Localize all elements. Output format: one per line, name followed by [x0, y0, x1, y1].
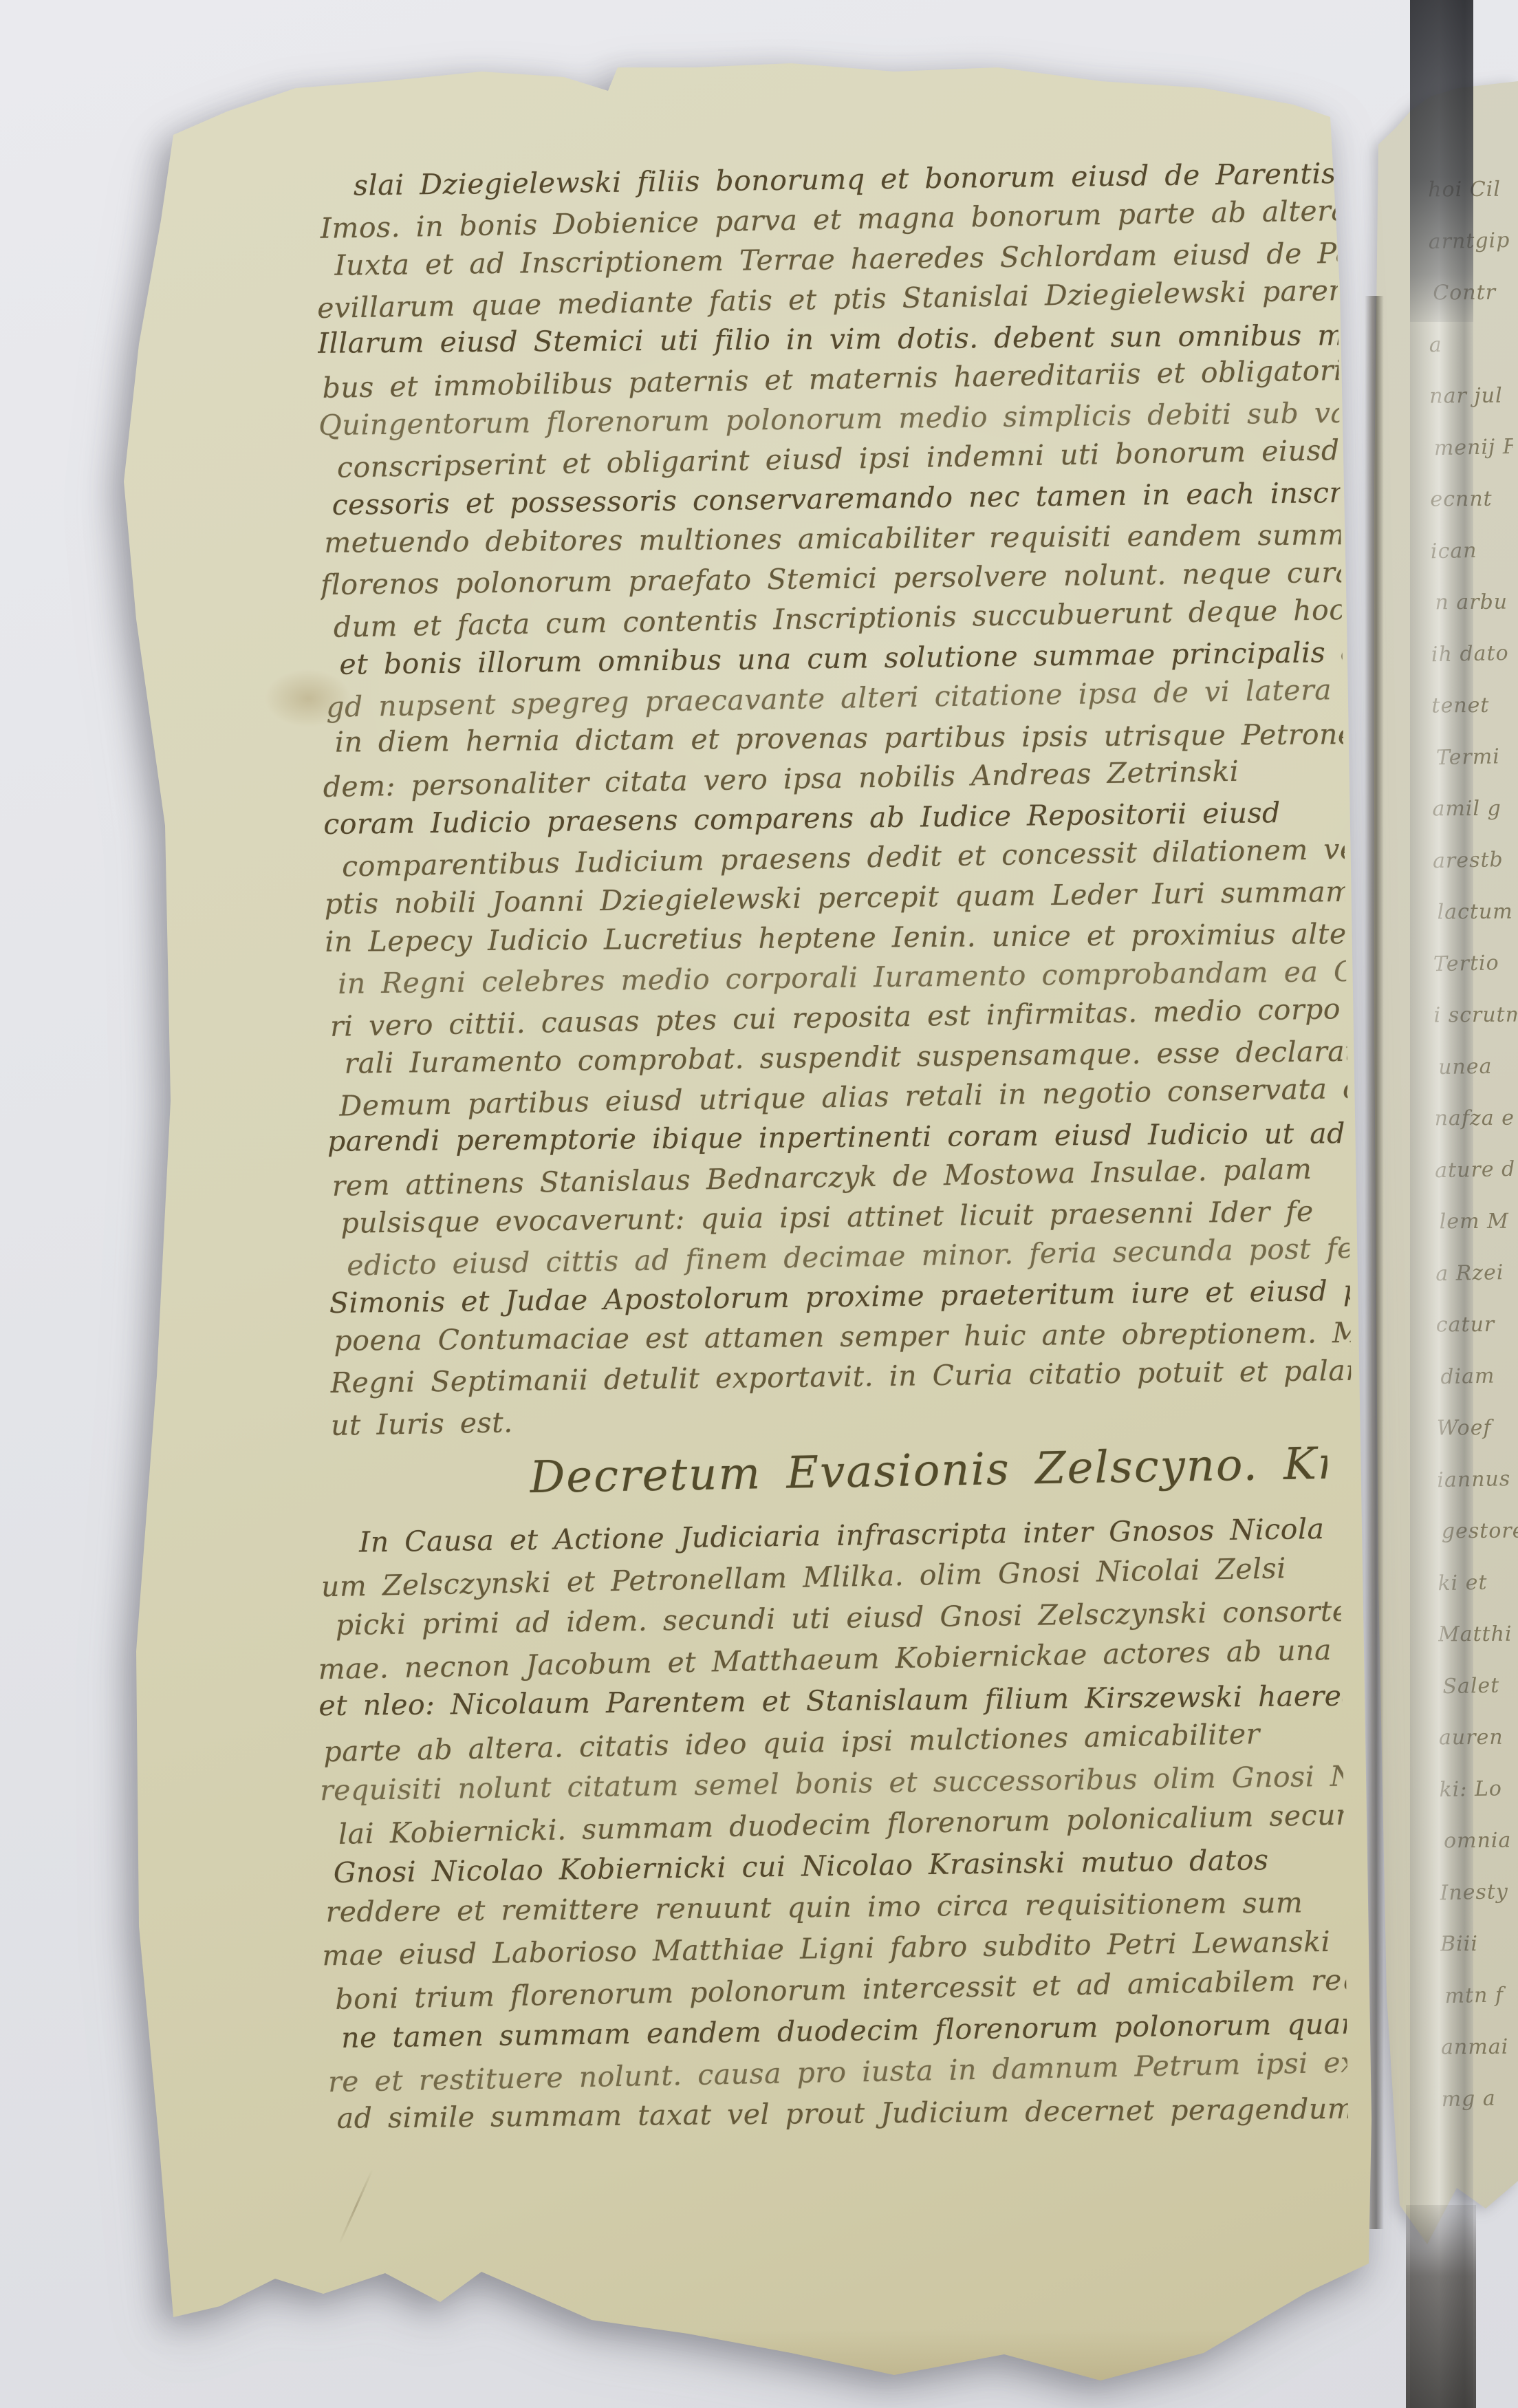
glass-rod-page-weight — [1410, 0, 1473, 2408]
handwritten-paragraph-2: In Causa et Actione Judiciaria infrascri… — [316, 1508, 1349, 2152]
handwritten-line: ad simile summam taxat vel prout Judiciu… — [337, 2088, 1349, 2139]
manuscript-page: slai Dziegielewski filiis bonorumq et bo… — [0, 0, 1518, 2408]
handwritten-paragraph-1: slai Dziegielewski filiis bonorumq et bo… — [316, 153, 1352, 1450]
section-heading-decretum: Decretum Evasionis Zelscyno. Krasino. — [529, 1430, 1328, 1519]
handwritten-line: poena Contumaciae est attamen semper hui… — [334, 1313, 1350, 1361]
scan-photo: hoi CilarntgipContranar julmenij Fecnnti… — [0, 0, 1518, 2408]
paper-crease-mark — [338, 2169, 373, 2244]
manuscript-page-wrapper: slai Dziegielewski filiis bonorumq et bo… — [0, 0, 1518, 2408]
handwritten-line: in Lepecy Iudicio Lucretius heptene Ieni… — [325, 914, 1345, 962]
glass-rod-bottom-shadow — [1406, 2205, 1476, 2408]
handwritten-line: metuendo debitores multiones amicabilite… — [324, 515, 1341, 563]
glass-rod-top-end — [1410, 0, 1473, 322]
